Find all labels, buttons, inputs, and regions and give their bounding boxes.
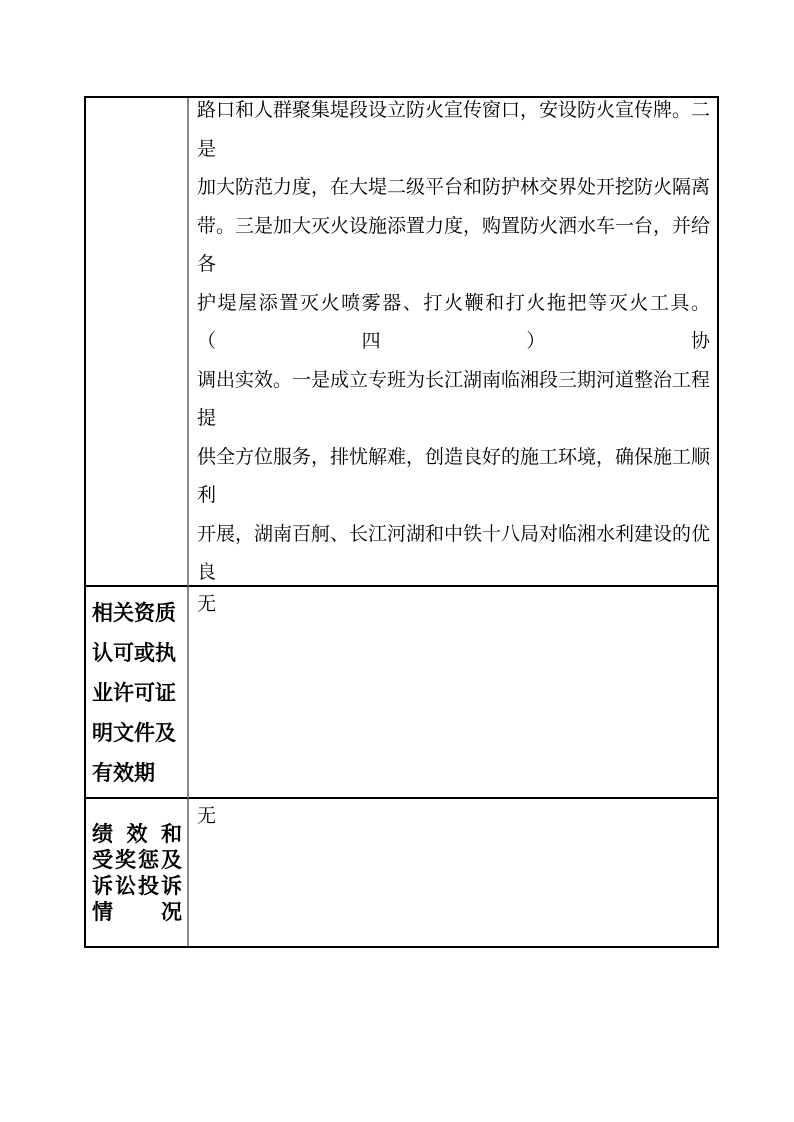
text-char: 讼 bbox=[115, 873, 136, 899]
performance-row-label: 绩效和受奖惩及诉讼投诉情况 bbox=[92, 799, 182, 925]
text-line: 明文件及 bbox=[92, 713, 182, 753]
text-line: 路口和人群聚集堤段设立防火宣传窗口，安设防火宣传牌。二是 bbox=[197, 98, 710, 169]
text-line: 诉讼投诉 bbox=[92, 873, 182, 899]
text-line: 受奖惩及 bbox=[92, 847, 182, 873]
text-line: 相关资质 bbox=[92, 593, 182, 633]
continuation-row-label-cell-empty bbox=[86, 98, 189, 587]
text-char: 绩 bbox=[92, 821, 113, 847]
text-line: 调出实效。一是成立专班为长江湖南临湘段三期河道整治工程提 bbox=[197, 362, 710, 439]
text-line: 绩效和 bbox=[92, 821, 182, 847]
text-line: 护堤屋添置灭火喷雾器、打火鞭和打火拖把等灭火工具。（四）协 bbox=[197, 285, 710, 362]
text-line: 业许可证 bbox=[92, 673, 182, 713]
text-line: 带。三是加大灭火设施添置力度，购置防火洒水车一台，并给各 bbox=[197, 208, 710, 285]
qualification-row-value-cell: 无 bbox=[189, 587, 717, 799]
continuation-row-body-cell: 路口和人群聚集堤段设立防火宣传窗口，安设防火宣传牌。二是加大防范力度，在大堤二级… bbox=[189, 98, 717, 587]
text-line: 加大防范力度，在大堤二级平台和防护林交界处开挖防火隔离 bbox=[197, 169, 710, 208]
text-char: 奖 bbox=[115, 847, 136, 873]
text-char: 受 bbox=[92, 847, 113, 873]
text-char: 诉 bbox=[161, 873, 182, 899]
text-char: 及 bbox=[161, 847, 182, 873]
text-char: 情 bbox=[92, 899, 113, 925]
text-line: 供全方位服务，排忧解难，创造良好的施工环境，确保施工顺利 bbox=[197, 439, 710, 516]
qualification-row-label-cell: 相关资质认可或执业许可证明文件及有效期 bbox=[86, 587, 189, 799]
text-line: 开展，湖南百舸、长江河湖和中铁十八局对临湘水利建设的优良 bbox=[197, 516, 710, 588]
performance-row-value: 无 bbox=[189, 799, 717, 829]
text-char: 诉 bbox=[92, 873, 113, 899]
text-char: 况 bbox=[161, 899, 182, 925]
performance-row-value-cell: 无 bbox=[189, 799, 717, 946]
text-line: 有效期 bbox=[92, 753, 182, 793]
text-line: 情况 bbox=[92, 899, 182, 925]
performance-row-label-cell: 绩效和受奖惩及诉讼投诉情况 bbox=[86, 799, 189, 946]
document-page: 路口和人群聚集堤段设立防火宣传窗口，安设防火宣传牌。二是加大防范力度，在大堤二级… bbox=[0, 0, 794, 1122]
text-char: 效 bbox=[127, 821, 148, 847]
continuation-paragraph: 路口和人群聚集堤段设立防火宣传窗口，安设防火宣传牌。二是加大防范力度，在大堤二级… bbox=[189, 98, 717, 587]
text-char: 惩 bbox=[138, 847, 159, 873]
qualification-row-value: 无 bbox=[189, 587, 717, 617]
report-table: 路口和人群聚集堤段设立防火宣传窗口，安设防火宣传牌。二是加大防范力度，在大堤二级… bbox=[84, 96, 719, 948]
text-char: 和 bbox=[161, 821, 182, 847]
qualification-row-label: 相关资质认可或执业许可证明文件及有效期 bbox=[92, 587, 182, 793]
text-char: 投 bbox=[138, 873, 159, 899]
text-line: 认可或执 bbox=[92, 633, 182, 673]
